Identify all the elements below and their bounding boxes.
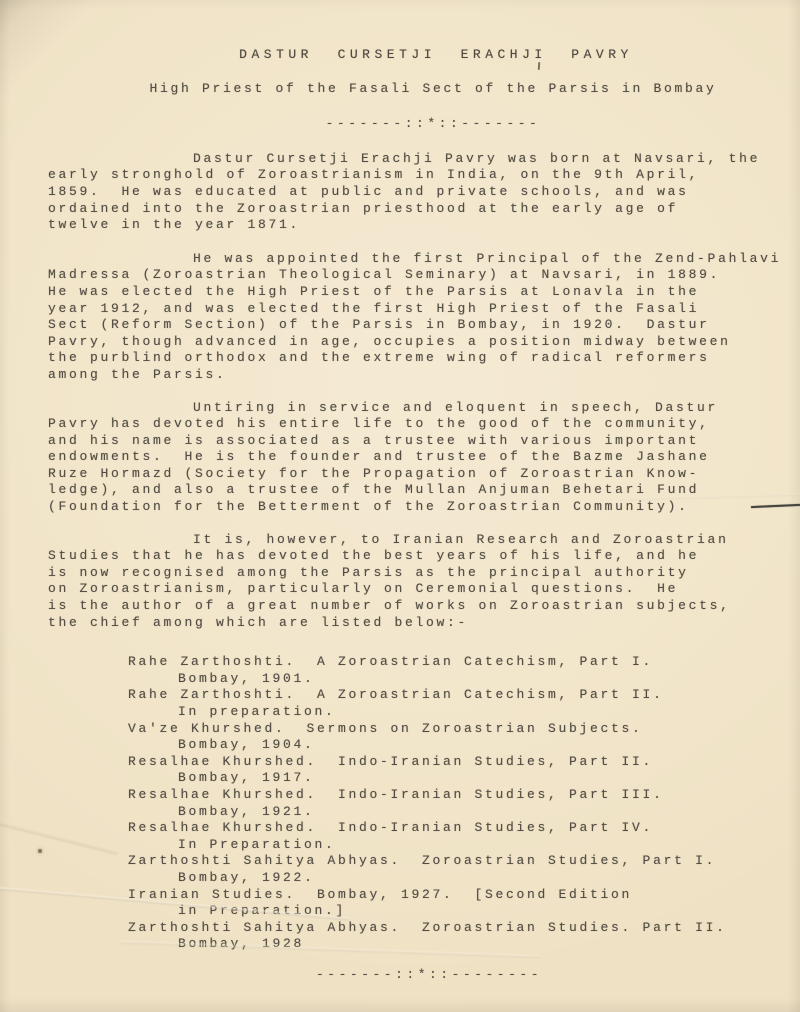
work-item: Va'ze Khurshed. Sermons on Zoroastrian S…: [128, 721, 760, 754]
work-detail-line: Bombay, 1901.: [178, 671, 760, 688]
work-item: Resalhae Khurshed. Indo-Iranian Studies,…: [128, 787, 760, 820]
work-detail-line: Bombay, 1922.: [178, 870, 760, 887]
page-subtitle: High Priest of the Fasali Sect of the Pa…: [48, 81, 760, 98]
biography-paragraph-1: Dastur Cursetji Erachji Pavry was born a…: [48, 151, 760, 234]
works-list: Rahe Zarthoshti. A Zoroastrian Catechism…: [128, 654, 760, 953]
work-detail-line: Bombay, 1921.: [178, 804, 760, 821]
work-item: Iranian Studies. Bombay, 1927. [Second E…: [128, 887, 760, 920]
document-content: DASTUR CURSETJI ERACHJI PAVRY High Pries…: [0, 0, 800, 984]
work-title-line: Rahe Zarthoshti. A Zoroastrian Catechism…: [128, 687, 760, 704]
work-title-line: Resalhae Khurshed. Indo-Iranian Studies,…: [128, 754, 760, 771]
page-title: DASTUR CURSETJI ERACHJI PAVRY: [48, 47, 760, 64]
work-detail-line: In preparation.: [178, 704, 760, 721]
biography-paragraph-4: It is, however, to Iranian Research and …: [48, 532, 760, 632]
work-item: Rahe Zarthoshti. A Zoroastrian Catechism…: [128, 654, 760, 687]
work-detail-line: in Preparation.]: [178, 903, 760, 920]
work-item: Zarthoshti Sahitya Abhyas. Zoroastrian S…: [128, 920, 760, 953]
work-item: Resalhae Khurshed. Indo-Iranian Studies,…: [128, 820, 760, 853]
work-detail-line: Bombay, 1928: [178, 936, 760, 953]
ink-speck: [38, 849, 42, 853]
work-item: Zarthoshti Sahitya Abhyas. Zoroastrian S…: [128, 853, 760, 886]
work-title-line: Iranian Studies. Bombay, 1927. [Second E…: [128, 887, 760, 904]
bottom-divider: -------::*::--------: [48, 967, 760, 984]
work-title-line: Va'ze Khurshed. Sermons on Zoroastrian S…: [128, 721, 760, 738]
work-detail-line: Bombay, 1904.: [178, 737, 760, 754]
stray-tick-mark: [538, 62, 540, 70]
work-title-line: Rahe Zarthoshti. A Zoroastrian Catechism…: [128, 654, 760, 671]
work-title-line: Resalhae Khurshed. Indo-Iranian Studies,…: [128, 820, 760, 837]
work-detail-line: In Preparation.: [178, 837, 760, 854]
work-detail-line: Bombay, 1917.: [178, 770, 760, 787]
work-title-line: Zarthoshti Sahitya Abhyas. Zoroastrian S…: [128, 920, 760, 937]
work-item: Rahe Zarthoshti. A Zoroastrian Catechism…: [128, 687, 760, 720]
top-divider: -------::*::-------: [48, 116, 760, 133]
work-title-line: Zarthoshti Sahitya Abhyas. Zoroastrian S…: [128, 853, 760, 870]
biography-paragraph-3: Untiring in service and eloquent in spee…: [48, 400, 760, 516]
biography-paragraph-2: He was appointed the first Principal of …: [48, 251, 760, 384]
work-item: Resalhae Khurshed. Indo-Iranian Studies,…: [128, 754, 760, 787]
work-title-line: Resalhae Khurshed. Indo-Iranian Studies,…: [128, 787, 760, 804]
document-page: DASTUR CURSETJI ERACHJI PAVRY High Pries…: [0, 0, 800, 1012]
